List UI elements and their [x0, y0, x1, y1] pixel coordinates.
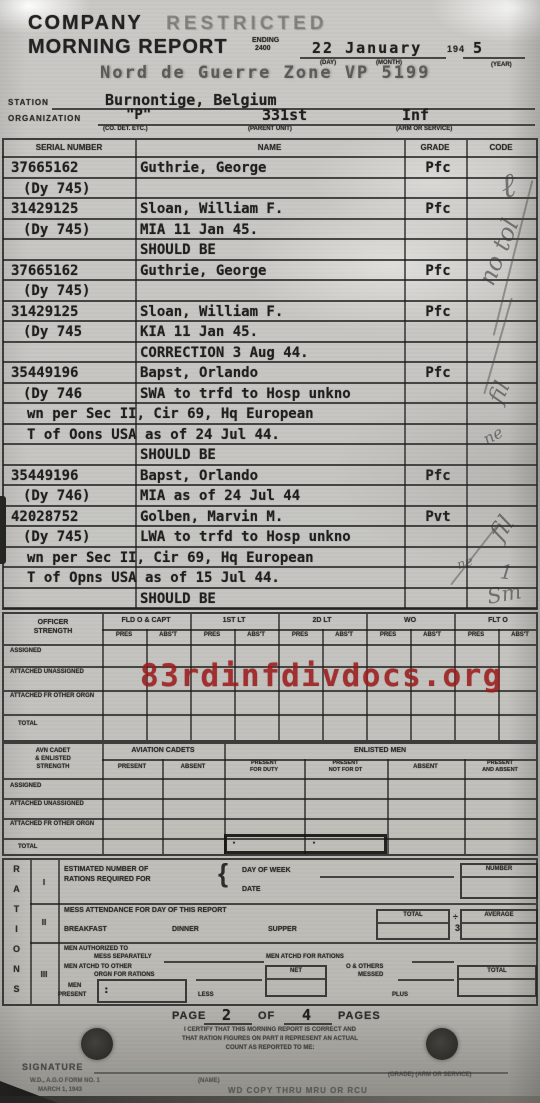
name-cell: SHOULD BE: [140, 242, 216, 258]
punch-hole-left: [81, 1028, 113, 1060]
name-cell: Golben, Marvin M.: [140, 509, 283, 525]
officer-sub-header: PRES: [454, 632, 498, 638]
row-span-text: wn per Sec II, Cir 69, Hq European: [27, 406, 314, 422]
enlisted-men-header: ENLISTED MEN: [224, 747, 536, 754]
net-box-divider: [267, 978, 325, 980]
org-arm-sublabel: (ARM OR SERVICE): [396, 126, 452, 132]
org-arm-value: Inf: [402, 106, 429, 124]
name-cell: Sloan, William F.: [140, 201, 283, 217]
total-pages-rule: [284, 1023, 332, 1025]
serial-cell: (Dy 745: [23, 324, 82, 340]
serial-cell: 31429125: [11, 304, 78, 320]
grade-cell: Pfc: [407, 201, 469, 217]
name-cell: SHOULD BE: [140, 447, 216, 463]
name-cell: Bapst, Orlando: [140, 468, 258, 484]
table-row: 31429125Sloan, William F.Pfc: [3, 302, 537, 323]
table-row: 37665162Guthrie, GeorgePfc: [3, 158, 537, 179]
table-row: 35449196Bapst, OrlandoPfc: [3, 363, 537, 384]
officer-row-label: ATTACHED UNASSIGNED: [10, 668, 100, 676]
table-row: (Dy 745)LWA to trfd to Hosp unkno: [3, 527, 537, 548]
grid-vline: [102, 744, 104, 854]
rations-total-box-label: TOTAL: [459, 968, 535, 974]
table-row: (Dy 745)MIA 11 Jan 45.: [3, 220, 537, 241]
row-span-text: T of Oons USA as of 24 Jul 44.: [27, 427, 280, 443]
rations-section-divider: [30, 903, 536, 905]
avn-sub-header: ABSENT: [387, 764, 464, 770]
table-row: SHOULD BE: [3, 445, 537, 466]
station-label: STATION: [8, 98, 49, 107]
table-row: 31429125Sloan, William F.Pfc: [3, 199, 537, 220]
others-messed-line2: MESSED: [358, 972, 383, 978]
avn-sub-header: PRESENT: [464, 760, 536, 766]
form-title-company: COMPANY: [28, 12, 143, 35]
number-box-divider: [462, 876, 536, 878]
serial-cell: (Dy 746): [23, 488, 90, 504]
officer-group-header: 1ST LT: [190, 617, 278, 624]
wd-copy-line: WD COPY THRU MRU OR RCU: [228, 1086, 368, 1095]
rations-total-box: TOTAL: [457, 965, 537, 997]
serial-cell: (Dy 745): [23, 222, 90, 238]
row-span-text: T of Opns USA as of 15 Jul 44.: [27, 570, 280, 586]
men-authorized-line2: MESS SEPARATELY: [94, 954, 152, 960]
avn-row-label: ATTACHED FR OTHER ORGN: [10, 820, 100, 828]
atchd-other-line2: ORGN FOR RATIONS: [94, 972, 155, 978]
avn-row-label: ASSIGNED: [10, 782, 100, 790]
date-label: DATE: [242, 886, 261, 893]
punch-hole-right: [426, 1028, 458, 1060]
organization-label: ORGANIZATION: [8, 114, 81, 123]
mess-attendance-label: MESS ATTENDANCE FOR DAY OF THIS REPORT: [64, 907, 227, 914]
officer-sub-header: ABS'T: [498, 632, 540, 638]
name-sublabel: (NAME): [198, 1078, 220, 1084]
rations-vertical-letter: O: [4, 944, 30, 954]
col-header-serial: SERIAL NUMBER: [5, 143, 133, 152]
rations-vertical-letter: S: [4, 984, 30, 994]
enlisted-total-box: ··: [224, 834, 387, 854]
breakfast-label: BREAKFAST: [64, 926, 107, 933]
serial-cell: 35449196: [11, 365, 78, 381]
grade-cell: Pfc: [407, 263, 469, 279]
year-rule: [463, 57, 525, 59]
grade-cell: Pfc: [407, 160, 469, 176]
page-number-rule: [204, 1023, 252, 1025]
officer-group-header: FLD O & CAPT: [102, 617, 190, 624]
grade-cell: Pfc: [407, 304, 469, 320]
grid-vline: [464, 759, 466, 854]
table-row: 35449196Bapst, OrlandoPfc: [3, 466, 537, 487]
table-row: (Dy 745): [3, 179, 537, 200]
average-box-divider: [462, 922, 536, 924]
avn-row-label: TOTAL: [18, 843, 108, 851]
officer-group-header: WO: [366, 617, 454, 624]
name-cell: Bapst, Orlando: [140, 365, 258, 381]
others-messed-rule: [398, 979, 454, 981]
year-typed: 5: [473, 39, 482, 57]
col-header-name: NAME: [135, 143, 404, 152]
officer-row-label: ASSIGNED: [10, 647, 100, 655]
avn-sub-header: NOT FOR DT: [304, 767, 387, 773]
officer-group-header: 2D LT: [278, 617, 366, 624]
serial-cell: (Dy 746: [23, 386, 82, 402]
mess-total-box: TOTAL: [376, 909, 450, 940]
avn-sub-header: ABSENT: [162, 764, 224, 770]
table-row: (Dy 746)MIA as of 24 Jul 44: [3, 486, 537, 507]
ending-label: ENDING: [252, 37, 279, 44]
officer-sub-header: PRES: [190, 632, 234, 638]
name-cell: SHOULD BE: [140, 591, 216, 607]
form-number: W.D., A.G.O FORM NO. 1: [30, 1078, 100, 1084]
roster-rows: 37665162Guthrie, GeorgePfc(Dy 745)314291…: [3, 158, 537, 610]
number-box: NUMBER: [460, 863, 538, 899]
total-pages: 4: [302, 1006, 311, 1024]
officer-group-header: FLT O: [454, 617, 540, 624]
form-date: MARCH 1, 1943: [38, 1087, 82, 1093]
officer-row-label: TOTAL: [18, 720, 108, 728]
table-row: (Dy 746SWA to trfd to Hosp unkno: [3, 384, 537, 405]
table-row: (Dy 745KIA 11 Jan 45.: [3, 322, 537, 343]
bottom-edge-shadow: [0, 1096, 540, 1103]
ending-2400-label: 2400: [255, 45, 271, 52]
day-of-week-label: DAY OF WEEK: [242, 867, 291, 874]
avn-sub-header: AND ABSENT: [464, 767, 536, 773]
form-title-morning-report: MORNING REPORT: [28, 36, 228, 59]
total-tick-mark: ·: [311, 838, 317, 849]
officer-strength-title: STRENGTH: [4, 628, 102, 635]
section-numeral-3: III: [30, 970, 58, 979]
rations-vertical-letter: T: [4, 904, 30, 914]
grid-vline: [387, 759, 389, 854]
rations-vertical-letter: I: [4, 924, 30, 934]
table-row: SHOULD BE: [3, 240, 537, 261]
col-header-grade: GRADE: [404, 143, 466, 152]
grid-hline: [4, 714, 536, 716]
average-box-label: AVERAGE: [462, 912, 536, 918]
table-row: CORRECTION 3 Aug 44.: [3, 343, 537, 364]
table-row: 37665162Guthrie, GeorgePfc: [3, 261, 537, 282]
brace-glyph: {: [218, 858, 228, 889]
name-cell: MIA as of 24 Jul 44: [140, 488, 300, 504]
location-line: Nord de Guerre Zone VP 5199: [100, 63, 430, 83]
rations-numeral-col-line: [58, 860, 60, 1004]
officer-sub-header: ABS'T: [146, 632, 190, 638]
org-co-value: "P": [126, 107, 151, 123]
table-row: SHOULD BE: [3, 589, 537, 610]
date-value: 22 January: [312, 39, 422, 57]
others-messed-line1: O & OTHERS: [346, 964, 383, 970]
pages-label: PAGES: [338, 1010, 381, 1022]
dinner-label: DINNER: [172, 926, 199, 933]
supper-label: SUPPER: [268, 926, 297, 933]
table-row: wn per Sec II, Cir 69, Hq European: [3, 404, 537, 425]
date-rule: [300, 57, 446, 59]
rations-required-line1: ESTIMATED NUMBER OF: [64, 866, 148, 873]
grid-hline: [4, 778, 536, 780]
avn-title: STRENGTH: [4, 764, 102, 770]
row-span-text: wn per Sec II, Cir 69, Hq European: [27, 550, 314, 566]
section-numeral-1: I: [30, 878, 58, 887]
officer-sub-header: PRES: [102, 632, 146, 638]
serial-cell: (Dy 745): [23, 181, 90, 197]
serial-cell: 31429125: [11, 201, 78, 217]
divide-sign: ÷: [453, 912, 459, 922]
rations-vertical-letter: R: [4, 864, 30, 874]
officer-sub-header: PRES: [278, 632, 322, 638]
table-row: (Dy 745): [3, 281, 537, 302]
atchd-other-line1: MEN ATCHD TO OTHER: [64, 964, 132, 970]
day-of-week-rule: [320, 876, 454, 878]
restricted-stamp: RESTRICTED: [166, 13, 327, 35]
rations-section-divider: [30, 942, 536, 944]
name-cell: Guthrie, George: [140, 263, 266, 279]
atchd-other-rule: [196, 979, 262, 981]
grade-arm-sublabel: (GRADE) (ARM OR SERVICE): [388, 1072, 472, 1078]
name-cell: CORRECTION 3 Aug 44.: [140, 345, 309, 361]
total-tick-mark: ·: [231, 838, 237, 849]
left-edge-shadow: [0, 496, 6, 564]
mess-total-box-label: TOTAL: [378, 912, 448, 918]
table-row: 42028752Golben, Marvin M.Pvt: [3, 507, 537, 528]
officer-sub-header: PRES: [366, 632, 410, 638]
grade-cell: Pvt: [407, 509, 469, 525]
year-sublabel: (YEAR): [491, 62, 512, 68]
officer-sub-header: ABS'T: [410, 632, 454, 638]
officer-strength-title: OFFICER: [4, 619, 102, 626]
atchd-for-rations-label: MEN ATCHD FOR RATIONS: [266, 954, 344, 960]
rations-required-line2: RATIONS REQUIRED FOR: [64, 876, 151, 883]
plus-label: PLUS: [392, 992, 408, 998]
rations-vertical-letter: N: [4, 964, 30, 974]
men-present-line1: MEN: [68, 983, 81, 989]
organization-rule: [98, 124, 535, 126]
number-box-label: NUMBER: [462, 866, 536, 872]
less-label: LESS: [198, 992, 214, 998]
org-parent-sublabel: (PARENT UNIT): [248, 126, 292, 132]
table-row: T of Oons USA as of 24 Jul 44.: [3, 425, 537, 446]
name-cell: Guthrie, George: [140, 160, 266, 176]
net-box-label: NET: [267, 968, 325, 974]
name-cell: LWA to trfd to Hosp unkno: [140, 529, 351, 545]
atchd-for-rations-rule: [412, 961, 454, 963]
col-header-code: CODE: [466, 143, 536, 152]
officer-sub-header: ABS'T: [234, 632, 278, 638]
mess-total-box-divider: [378, 922, 448, 924]
officer-row-label: ATTACHED FR OTHER ORGN: [10, 692, 100, 700]
aviation-cadets-header: AVIATION CADETS: [102, 747, 224, 754]
avn-strength-table: AVN CADET& ENLISTEDSTRENGTHAVIATION CADE…: [2, 742, 538, 856]
grid-hline: [4, 644, 536, 646]
avn-title: & ENLISTED: [4, 756, 102, 762]
serial-cell: (Dy 745): [23, 283, 90, 299]
serial-cell: 42028752: [11, 509, 78, 525]
name-cell: SWA to trfd to Hosp unkno: [140, 386, 351, 402]
name-cell: Sloan, William F.: [140, 304, 283, 320]
avn-title: AVN CADET: [4, 748, 102, 754]
net-box: NET: [265, 965, 327, 997]
men-present-line2: PRESENT: [58, 992, 86, 998]
avn-sub-header: PRESENT: [224, 760, 304, 766]
avn-row-label: ATTACHED UNASSIGNED: [10, 800, 100, 808]
serial-cell: 35449196: [11, 468, 78, 484]
rations-total-box-divider: [459, 978, 535, 980]
men-present-mark: :: [103, 983, 110, 996]
name-cell: KIA 11 Jan 45.: [140, 324, 258, 340]
avn-sub-header: FOR DUTY: [224, 767, 304, 773]
serial-cell: 37665162: [11, 263, 78, 279]
avn-sub-header: PRESENT: [304, 760, 387, 766]
serial-cell: (Dy 745): [23, 529, 90, 545]
men-present-box: :: [97, 979, 187, 1003]
grid-vline: [162, 759, 164, 854]
of-label: OF: [258, 1010, 275, 1022]
grade-cell: Pfc: [407, 468, 469, 484]
rations-vertical-letter: A: [4, 884, 30, 894]
org-co-sublabel: (CO. DET. ETC.): [103, 126, 148, 132]
rations-section: RATIONSIIIIIIESTIMATED NUMBER OFRATIONS …: [2, 858, 538, 1006]
section-numeral-2: II: [30, 918, 58, 927]
men-authorized-line1: MEN AUTHORIZED TO: [64, 946, 128, 952]
name-cell: MIA 11 Jan 45.: [140, 222, 258, 238]
page-label: PAGE: [172, 1010, 206, 1022]
morning-report-document: COMPANY RESTRICTED MORNING REPORT ENDING…: [0, 0, 540, 1103]
officer-sub-header: ABS'T: [322, 632, 366, 638]
org-parent-value: 331st: [262, 106, 307, 124]
year-printed: 194: [447, 44, 465, 54]
signature-label: SIGNATURE: [22, 1062, 83, 1072]
serial-cell: 37665162: [11, 160, 78, 176]
average-box: AVERAGE: [460, 909, 538, 940]
page-number: 2: [222, 1006, 231, 1024]
avn-sub-header: PRESENT: [102, 764, 162, 770]
cert-line-1: I CERTIFY THAT THIS MORNING REPORT IS CO…: [0, 1027, 540, 1033]
grid-hline: [102, 629, 536, 631]
grade-cell: Pfc: [407, 365, 469, 381]
mess-separately-rule: [164, 961, 264, 963]
watermark: 83rdinfdivdocs.org: [140, 658, 503, 694]
